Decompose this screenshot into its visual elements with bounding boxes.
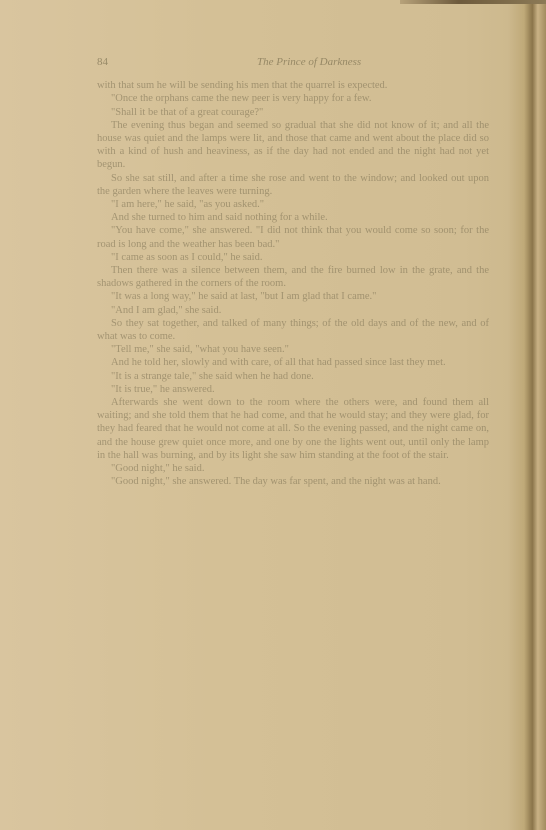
page-number: 84 — [97, 56, 108, 69]
paragraph: Then there was a silence between them, a… — [97, 264, 489, 290]
paragraph: "It is true," he answered. — [97, 383, 489, 396]
paragraph: And she turned to him and said nothing f… — [97, 211, 489, 224]
paragraph: So she sat still, and after a time she r… — [97, 172, 489, 198]
running-title: The Prince of Darkness — [257, 56, 361, 69]
paragraph: "I came as soon as I could," he said. — [97, 251, 489, 264]
scan-top-edge — [400, 0, 546, 4]
paragraph: "Shall it be that of a great courage?" — [97, 106, 489, 119]
paragraph: So they sat together, and talked of many… — [97, 317, 489, 343]
paragraph: "It is a strange tale," she said when he… — [97, 370, 489, 383]
paragraph: "Good night," she answered. The day was … — [97, 475, 489, 488]
paragraph: "I am here," he said, "as you asked." — [97, 198, 489, 211]
scanned-book-page: 84 The Prince of Darkness with that sum … — [0, 0, 546, 830]
paragraph: And he told her, slowly and with care, o… — [97, 356, 489, 369]
paragraph: "And I am glad," she said. — [97, 304, 489, 317]
paragraph: Afterwards she went down to the room whe… — [97, 396, 489, 462]
paragraph: "Tell me," she said, "what you have seen… — [97, 343, 489, 356]
paragraph: with that sum he will be sending his men… — [97, 79, 489, 92]
paragraph: The evening thus began and seemed so gra… — [97, 119, 489, 172]
paragraph: "It was a long way," he said at last, "b… — [97, 290, 489, 303]
paragraph: "Good night," he said. — [97, 462, 489, 475]
running-head: 84 The Prince of Darkness — [97, 56, 489, 69]
paragraph: "You have come," she answered. "I did no… — [97, 224, 489, 250]
paragraph: "Once the orphans came the new peer is v… — [97, 92, 489, 105]
page-text: 84 The Prince of Darkness with that sum … — [97, 56, 489, 489]
